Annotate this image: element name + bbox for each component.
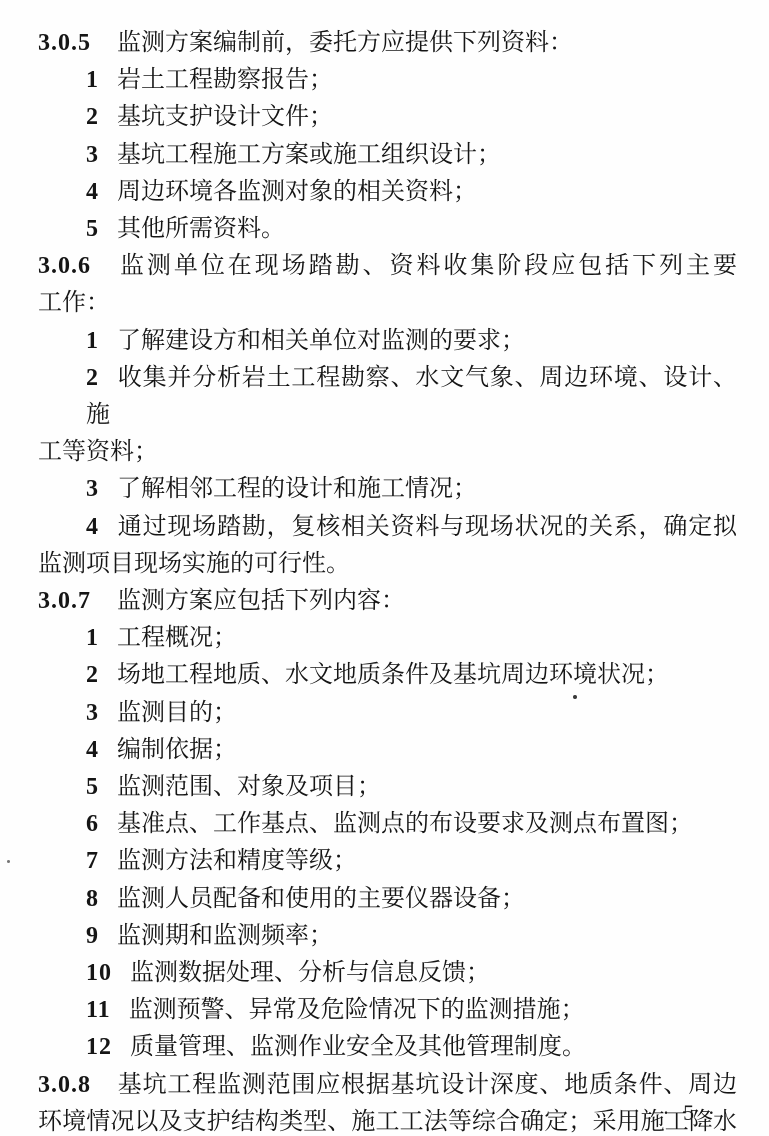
- line-text: 编制依据；: [117, 737, 237, 763]
- line-text: 工等资料；: [38, 439, 158, 465]
- item-line: 9监测期和监测频率；: [38, 918, 737, 955]
- line-text: 监测人员配备和使用的主要仪器设备；: [117, 886, 525, 912]
- clause-line: 3.0.7监测方案应包括下列内容：: [38, 583, 737, 620]
- clause-number: 3.0.7: [38, 588, 91, 614]
- item-line: 2基坑支护设计文件；: [38, 99, 737, 136]
- item-line: 4周边环境各监测对象的相关资料；: [38, 174, 737, 211]
- line-text: 监测方案应包括下列内容：: [117, 588, 405, 614]
- line-text: 了解相邻工程的设计和施工情况；: [117, 476, 477, 502]
- line-text: 监测单位在现场踏勘、资料收集阶段应包括下列主要: [117, 253, 737, 279]
- item-line: 3基坑工程施工方案或施工组织设计；: [38, 137, 737, 174]
- item-number: 1: [86, 67, 99, 93]
- line-text: 场地工程地质、水文地质条件及基坑周边环境状况；: [117, 662, 669, 688]
- item-line: 1工程概况；: [38, 620, 737, 657]
- page-number: · 5 ·: [662, 1100, 719, 1126]
- line-text: 了解建设方和相关单位对监测的要求；: [117, 328, 525, 354]
- item-number: 3: [86, 700, 99, 726]
- line-text: 监测方案编制前，委托方应提供下列资料：: [117, 30, 573, 56]
- document-text-block: 3.0.5监测方案编制前，委托方应提供下列资料：1岩土工程勘察报告；2基坑支护设…: [38, 25, 737, 1136]
- item-line: 3了解相邻工程的设计和施工情况；: [38, 471, 737, 508]
- item-line: 2收集并分析岩土工程勘察、水文气象、周边环境、设计、施: [38, 360, 737, 434]
- item-number: 1: [86, 625, 99, 651]
- item-number: 5: [86, 216, 99, 242]
- item-number: 2: [86, 365, 99, 391]
- line-text: 收集并分析岩土工程勘察、水文气象、周边环境、设计、施: [86, 365, 737, 428]
- line-text: 基坑工程施工方案或施工组织设计；: [117, 142, 501, 168]
- item-number: 2: [86, 662, 99, 688]
- item-number: 2: [86, 104, 99, 130]
- line-text: 监测数据处理、分析与信息反馈；: [130, 960, 490, 986]
- line-text: 其他所需资料。: [117, 216, 285, 242]
- clause-number: 3.0.5: [38, 30, 91, 56]
- document-page: 3.0.5监测方案编制前，委托方应提供下列资料：1岩土工程勘察报告；2基坑支护设…: [0, 0, 769, 1136]
- clause-line: 3.0.8基坑工程监测范围应根据基坑设计深度、地质条件、周边: [38, 1067, 737, 1104]
- line-text: 监测方法和精度等级；: [117, 848, 357, 874]
- line-text: 环境情况以及支护结构类型、施工工法等综合确定；采用施工降水: [38, 1109, 737, 1135]
- item-line: 5监测范围、对象及项目；: [38, 769, 737, 806]
- item-number: 10: [86, 960, 112, 986]
- line-text: 监测目的；: [117, 700, 237, 726]
- line-text: 监测项目现场实施的可行性。: [38, 551, 350, 577]
- item-number: 3: [86, 476, 99, 502]
- line-text: 基准点、工作基点、监测点的布设要求及测点布置图；: [117, 811, 693, 837]
- item-line: 1岩土工程勘察报告；: [38, 62, 737, 99]
- item-number: 6: [86, 811, 99, 837]
- item-line: 7监测方法和精度等级；: [38, 843, 737, 880]
- item-line: 4编制依据；: [38, 732, 737, 769]
- line-text: 工程概况；: [117, 625, 237, 651]
- item-number: 8: [86, 886, 99, 912]
- item-number: 4: [86, 514, 99, 540]
- item-number: 4: [86, 737, 99, 763]
- item-number: 4: [86, 179, 99, 205]
- clause-number: 3.0.6: [38, 253, 91, 279]
- item-line: 8监测人员配备和使用的主要仪器设备；: [38, 881, 737, 918]
- item-line: 12质量管理、监测作业安全及其他管理制度。: [38, 1029, 737, 1066]
- item-line: 2场地工程地质、水文地质条件及基坑周边环境状况；: [38, 657, 737, 694]
- item-line: 6基准点、工作基点、监测点的布设要求及测点布置图；: [38, 806, 737, 843]
- item-number: 11: [86, 997, 111, 1023]
- line-text: 监测预警、异常及危险情况下的监测措施；: [129, 997, 585, 1023]
- item-line: 1了解建设方和相关单位对监测的要求；: [38, 323, 737, 360]
- clause-line: 3.0.6监测单位在现场踏勘、资料收集阶段应包括下列主要: [38, 248, 737, 285]
- line-text: 周边环境各监测对象的相关资料；: [117, 179, 477, 205]
- line-text: 岩土工程勘察报告；: [117, 67, 333, 93]
- line-text: 质量管理、监测作业安全及其他管理制度。: [130, 1034, 586, 1060]
- line-text: 监测期和监测频率；: [117, 923, 333, 949]
- continuation-line: 环境情况以及支护结构类型、施工工法等综合确定；采用施工降水: [38, 1104, 737, 1136]
- continuation-line: 监测项目现场实施的可行性。: [38, 546, 737, 583]
- line-text: 基坑工程监测范围应根据基坑设计深度、地质条件、周边: [117, 1072, 737, 1098]
- continuation-line: 工等资料；: [38, 434, 737, 471]
- item-line: 3监测目的；: [38, 695, 737, 732]
- scan-artifact-dot: [7, 860, 10, 863]
- line-text: 基坑支护设计文件；: [117, 104, 333, 130]
- line-text: 监测范围、对象及项目；: [117, 774, 381, 800]
- item-line: 11监测预警、异常及危险情况下的监测措施；: [38, 992, 737, 1029]
- clause-number: 3.0.8: [38, 1072, 91, 1098]
- item-number: 1: [86, 328, 99, 354]
- item-line: 5其他所需资料。: [38, 211, 737, 248]
- scan-artifact-dot: [573, 695, 577, 699]
- item-number: 3: [86, 142, 99, 168]
- item-number: 12: [86, 1034, 112, 1060]
- clause-line: 3.0.5监测方案编制前，委托方应提供下列资料：: [38, 25, 737, 62]
- item-number: 5: [86, 774, 99, 800]
- item-number: 9: [86, 923, 99, 949]
- continuation-line: 工作：: [38, 285, 737, 322]
- line-text: 工作：: [38, 290, 110, 316]
- item-number: 7: [86, 848, 99, 874]
- item-line: 4通过现场踏勘，复核相关资料与现场状况的关系，确定拟: [38, 509, 737, 546]
- line-text: 通过现场踏勘，复核相关资料与现场状况的关系，确定拟: [117, 514, 737, 540]
- item-line: 10监测数据处理、分析与信息反馈；: [38, 955, 737, 992]
